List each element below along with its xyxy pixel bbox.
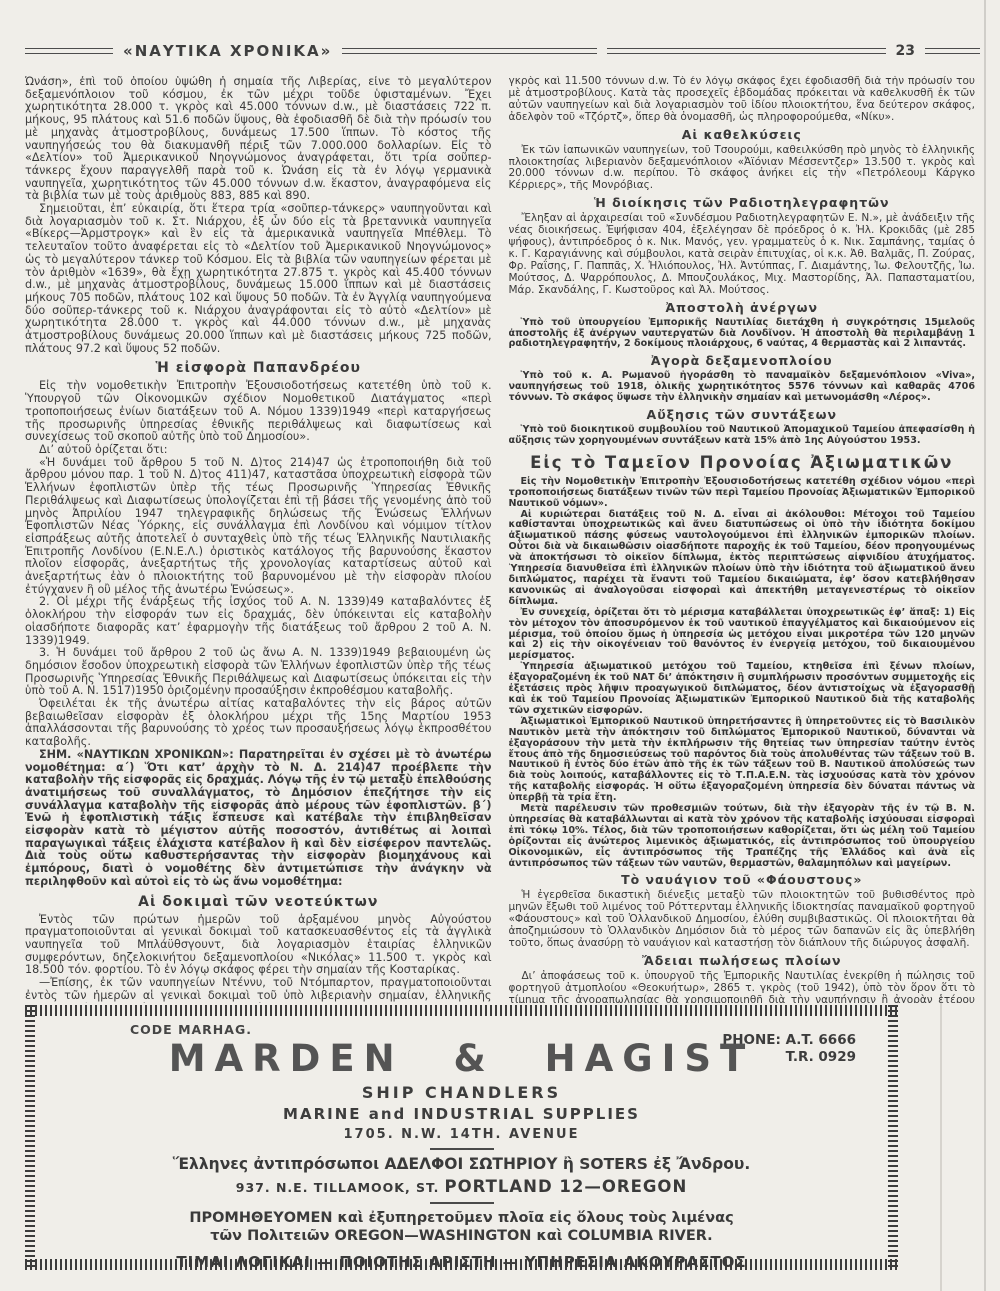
- body-paragraph: Ἐντὸς τῶν πρώτων ἡμερῶν τοῦ ἀρξαμένου μη…: [25, 914, 492, 978]
- section-heading: Ἡ διοίκησις τῶν Ραδιοτηλεγραφητῶν: [509, 196, 976, 210]
- section-heading: Αὔξησις τῶν συντάξεων: [509, 408, 976, 422]
- page-number: 23: [896, 43, 915, 59]
- section-heading: Ἄδειαι πωλήσεως πλοίων: [509, 954, 976, 968]
- advertisement-box: CODE MARHAG. PHONE: A.T. 6666 T.R. 0929 …: [25, 1005, 898, 1270]
- ad-slogan: ΤΙΜΑΙ ΛΟΓΙΚΑΙ — ΠΟΙΟΤΗΣ ΑΡΙΣΤΗ — ΥΠΗΡΕΣΙ…: [45, 1253, 878, 1271]
- body-paragraph: Ἀξιωματικοὶ Ἐμπορικοῦ Ναυτικοῦ ὑπηρετήσα…: [509, 717, 976, 804]
- body-paragraph: Μετὰ παρέλευσιν τῶν προθεσμιῶν τούτων, δ…: [509, 804, 976, 869]
- section-heading: Αἱ καθελκύσεις: [509, 128, 976, 142]
- body-paragraph: Δι’ αὐτοῦ ὁρίζεται ὅτι:: [25, 444, 492, 457]
- section-heading: Ἀποστολὴ ἀνέργων: [509, 301, 976, 315]
- left-column: Ὠνάση», ἐπὶ τοῦ ὁποίου ὑψώθη ἡ σημαία τῆ…: [25, 76, 492, 1003]
- body-paragraph: Ὑπὸ τοῦ κ. Α. Ρωμανοῦ ἠγοράσθη τὸ παναμα…: [509, 371, 976, 404]
- magazine-title: «ΝΑΥΤΙΚΑ ΧΡΟΝΙΚΑ»: [123, 42, 332, 60]
- header-rule: [342, 48, 597, 54]
- body-paragraph: Ἡ ἐγερθεῖσα δικαστικὴ διένεξις μεταξὺ τῶ…: [509, 890, 976, 950]
- body-paragraph: Ὑπὸ τοῦ ὑπουργείου Ἐμπορικῆς Ναυτιλίας δ…: [509, 318, 976, 351]
- body-paragraph: Ἐκ τῶν ἰαπωνικῶν ναυπηγείων, τοῦ Τσουρού…: [509, 145, 976, 193]
- ad-city-address: 937. N.E. TILLAMOOK, ST. PORTLAND 12—ORE…: [45, 1177, 878, 1196]
- ad-tagline-supplies: MARINE and INDUSTRIAL SUPPLIES: [45, 1105, 878, 1123]
- header-rule: [25, 48, 113, 54]
- body-paragraph: Ὀφειλέται ἐκ τῆς ἀνωτέρω αἰτίας καταβαλό…: [25, 698, 492, 749]
- body-paragraph: Ὑπηρεσία ἀξιωματικοῦ μετόχου τοῦ Ταμείου…: [509, 662, 976, 717]
- body-paragraph: ΣΗΜ. «ΝΑΥΤΙΚΩΝ ΧΡΟΝΙΚΩΝ»: Παρατηρεῖται ἐ…: [25, 749, 492, 889]
- body-paragraph: Σημειοῦται, ἐπ’ εὐκαιρίᾳ, ὅτι ἕτερα τρία…: [25, 203, 492, 355]
- page-header: «ΝΑΥΤΙΚΑ ΧΡΟΝΙΚΑ» 23: [25, 42, 980, 60]
- body-paragraph: Αἱ κυριώτεραι διατάξεις τοῦ Ν. Δ. εἶναι …: [509, 510, 976, 608]
- scan-artifact-line: [984, 0, 986, 1291]
- section-heading: Τὸ ναυάγιον τοῦ «Φάουστους»: [509, 873, 976, 887]
- ad-company-name: MARDEN & HAGIST: [45, 1039, 878, 1079]
- body-paragraph: Ἐν συνεχείᾳ, ὁρίζεται ὅτι τὸ μέρισμα κατ…: [509, 608, 976, 663]
- article-columns: Ὠνάση», ἐπὶ τοῦ ὁποίου ὑψώθη ἡ σημαία τῆ…: [25, 76, 975, 1003]
- ad-address-city: PORTLAND 12—OREGON: [445, 1177, 688, 1196]
- ad-greek-agents-line: Ἕλληνες ἀντιπρόσωποι ΑΔΕΛΦΟΙ ΣΩΤΗΡΙΟΥ ἢ …: [45, 1155, 878, 1173]
- header-rule: [925, 48, 980, 54]
- body-paragraph: Ὠνάση», ἐπὶ τοῦ ὁποίου ὑψώθη ἡ σημαία τῆ…: [25, 76, 492, 203]
- section-heading: Εἰς τὸ Ταμεῖον Προνοίας Ἀξιωματικῶν: [509, 453, 976, 472]
- body-paragraph: Ἔληξαν αἱ ἀρχαιρεσίαι τοῦ «Συνδέσμου Ραδ…: [509, 213, 976, 296]
- body-paragraph: —Ἐπίσης, ἐκ τῶν ναυπηγείων Ντέννυ, τοῦ Ν…: [25, 977, 492, 1003]
- body-paragraph: γκρὸς καὶ 11.500 τόννων d.w. Τὸ ἐν λόγῳ …: [509, 76, 976, 124]
- ad-telegraph-code: CODE MARHAG.: [130, 1022, 252, 1037]
- body-paragraph: Εἰς τὴν νομοθετικὴν Ἐπιτροπὴν Ἐξουσιοδοτ…: [25, 380, 492, 444]
- section-heading: Ἡ εἰσφορὰ Παπανδρέου: [25, 360, 492, 376]
- ad-content: MARDEN & HAGIST SHIP CHANDLERS MARINE an…: [45, 1039, 878, 1271]
- ad-border-right: [888, 1005, 898, 1270]
- ad-services-line2: τῶν Πολιτειῶν OREGON—WASHINGTON καὶ COLU…: [45, 1227, 878, 1245]
- section-heading: Ἀγορὰ δεξαμενοπλοίου: [509, 354, 976, 368]
- ad-street-address: 1705. N.W. 14TH. AVENUE: [45, 1127, 878, 1142]
- body-paragraph: 3. Ἡ δυνάμει τοῦ ἄρθρου 2 τοῦ ὡς ἄνω Α. …: [25, 647, 492, 698]
- ad-border-left: [25, 1005, 35, 1270]
- body-paragraph: Ὑπὸ τοῦ διοικητικοῦ συμβουλίου τοῦ Ναυτι…: [509, 425, 976, 447]
- right-column: γκρὸς καὶ 11.500 τόννων d.w. Τὸ ἐν λόγῳ …: [509, 76, 976, 1003]
- ad-divider: [430, 1148, 494, 1150]
- header-rule: [607, 48, 885, 54]
- ad-address-street: 937. N.E. TILLAMOOK, ST.: [236, 1180, 440, 1195]
- ad-divider: [430, 1202, 494, 1204]
- body-paragraph: Δι’ ἀποφάσεως τοῦ κ. ὑπουργοῦ τῆς Ἐμπορι…: [509, 971, 976, 1003]
- body-paragraph: Εἰς τὴν Νομοθετικὴν Ἐπιτροπὴν Ἐξουσιοδοτ…: [509, 477, 976, 510]
- scan-artifact-line: [940, 995, 942, 1291]
- ad-services-text: ΠΡΟΜΗΘΕΥΟΜΕΝ καὶ ἐξυπηρετοῦμεν πλοῖα εἰς…: [45, 1209, 878, 1245]
- ad-border-top: [25, 1005, 898, 1016]
- ad-tagline-ship-chandlers: SHIP CHANDLERS: [45, 1083, 878, 1102]
- body-paragraph: 2. Οἱ μέχρι τῆς ἐνάρξεως τῆς ἰσχύος τοῦ …: [25, 596, 492, 647]
- body-paragraph: «Ἡ δυνάμει τοῦ ἄρθρου 5 τοῦ Ν. Δ)τος 214…: [25, 457, 492, 597]
- ad-services-line1: ΠΡΟΜΗΘΕΥΟΜΕΝ καὶ ἐξυπηρετοῦμεν πλοῖα εἰς…: [45, 1209, 878, 1227]
- section-heading: Αἱ δοκιμαὶ τῶν νεοτεύκτων: [25, 894, 492, 910]
